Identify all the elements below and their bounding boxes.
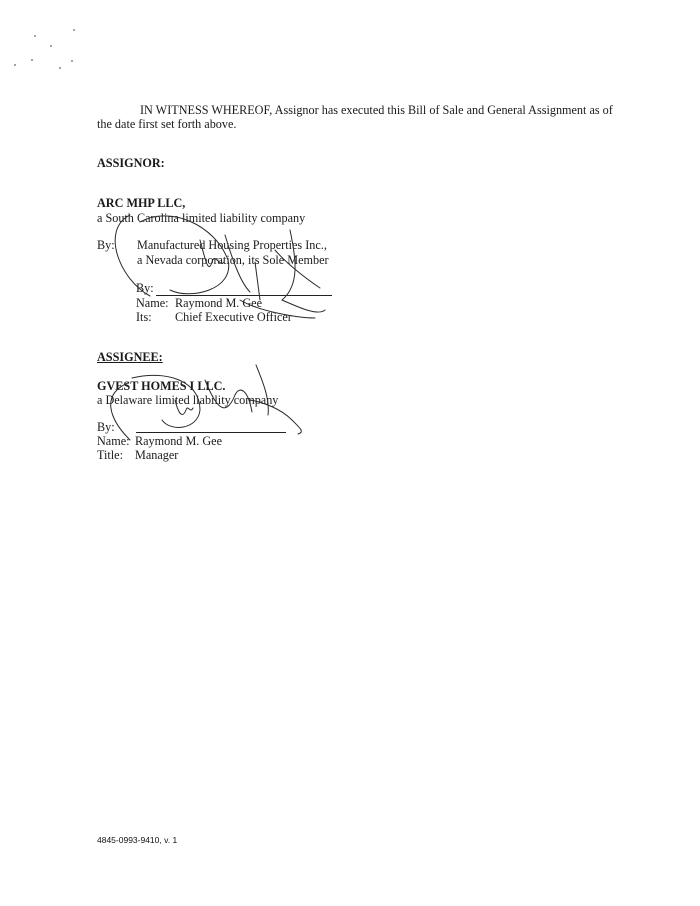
assignor-heading: ASSIGNOR: [97, 156, 165, 170]
scan-speck [73, 29, 75, 31]
assignor-name-value: Raymond M. Gee [175, 296, 262, 310]
assignor-entity-name: ARC MHP LLC, [97, 196, 185, 210]
assignor-member-line2: a Nevada corporation, its Sole Member [137, 253, 329, 267]
assignee-title-label: Title: [97, 448, 123, 462]
assignee-by-label: By: [97, 420, 115, 434]
assignee-signature-line [136, 432, 286, 433]
scan-speck [71, 60, 73, 62]
scan-speck [59, 67, 61, 69]
scan-speck [34, 35, 36, 37]
assignor-member-line1: Manufactured Housing Properties Inc., [137, 238, 327, 252]
assignee-name-value: Raymond M. Gee [135, 434, 222, 448]
witness-clause-line2: the date first set forth above. [97, 117, 236, 131]
assignee-entity-name: GVEST HOMES I LLC. [97, 379, 225, 393]
assignee-entity-description: a Delaware limited liability company [97, 393, 278, 407]
assignee-heading: ASSIGNEE: [97, 350, 163, 364]
assignor-name-label: Name: [136, 296, 169, 310]
assignor-its-label: Its: [136, 310, 152, 324]
assignee-name-label: Name: [97, 434, 130, 448]
assignor-signature-by-label: By: [136, 281, 154, 295]
assignor-by-label: By: [97, 238, 115, 252]
scan-speck [14, 64, 16, 66]
scan-speck [31, 59, 33, 61]
assignee-title-value: Manager [135, 448, 178, 462]
assignor-its-value: Chief Executive Officer [175, 310, 292, 324]
assignor-entity-description: a South Carolina limited liability compa… [97, 211, 305, 225]
scan-speck [50, 45, 52, 47]
document-id: 4845-0993-9410, v. 1 [97, 835, 177, 845]
witness-clause-line1: IN WITNESS WHEREOF, Assignor has execute… [140, 103, 613, 117]
